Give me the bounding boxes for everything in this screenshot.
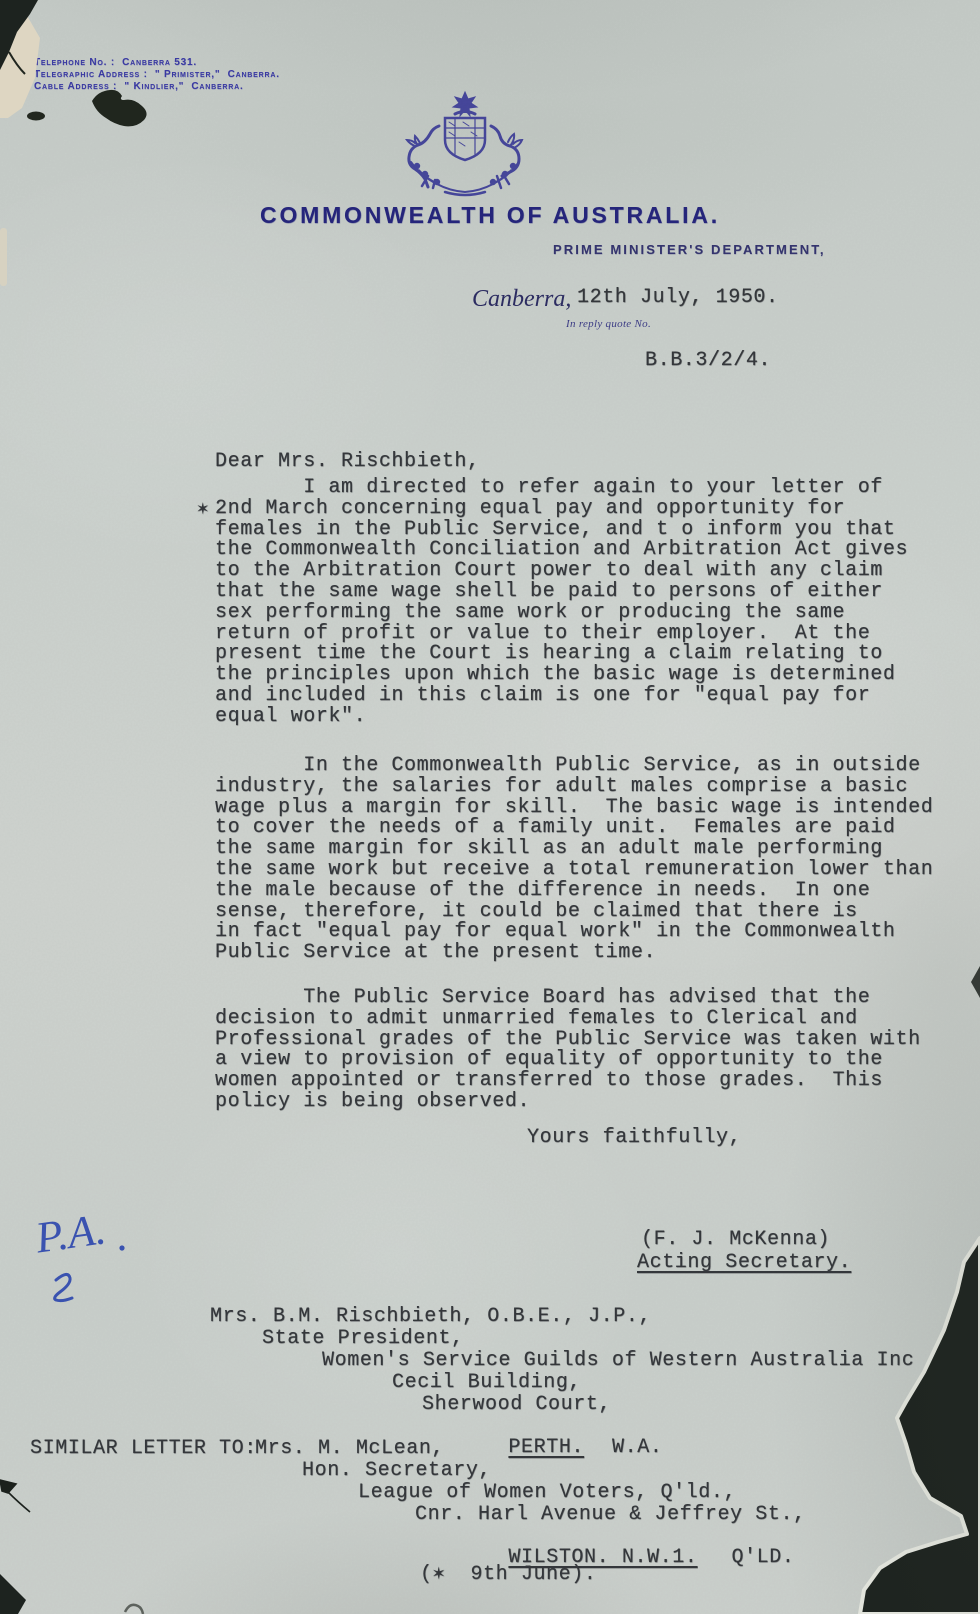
torn-corner-bottom-right — [860, 1238, 980, 1614]
date-line: 12th July, 1950. — [577, 288, 779, 309]
similar-line: Cnr. Harl Avenue & Jeffrey St., — [415, 1505, 806, 1526]
recipient-line: Sherwood Court, — [422, 1395, 611, 1416]
department-line: PRIME MINISTER'S DEPARTMENT, — [553, 242, 826, 257]
reply-quote-note: In reply quote No. — [566, 318, 651, 330]
paragraph-2: In the Commonwealth Public Service, as i… — [215, 756, 933, 964]
torn-edge-strip — [0, 228, 7, 286]
recipient-city: PERTH. — [508, 1436, 584, 1459]
ink-blot — [92, 90, 147, 127]
torn-corner-bottom-left — [0, 1574, 26, 1614]
place-name: Canberra, — [472, 286, 571, 313]
similar-line: League of Women Voters, Q'ld., — [358, 1483, 736, 1504]
scanned-letter: Telephone No. : Canberra 531. Telegraphi… — [0, 0, 980, 1614]
salutation: Dear Mrs. Rischbieth, — [215, 452, 480, 473]
similar-line: Mrs. M. McLean, — [255, 1439, 444, 1460]
signatory-name: (F. J. McKenna) — [641, 1230, 830, 1251]
file-reference: B.B.3/2/4. — [645, 351, 771, 372]
paragraph-3: The Public Service Board has advised tha… — [215, 988, 921, 1113]
similar-line: Hon. Secretary, — [302, 1461, 491, 1482]
signatory-title: Acting Secretary. — [637, 1253, 851, 1274]
paragraph-1: I am directed to refer again to your let… — [215, 478, 908, 728]
similar-state: Q'LD. — [731, 1546, 794, 1569]
letterhead-telephone: Telephone No. : Canberra 531. — [34, 57, 197, 68]
handwritten-initials: P.A. — [30, 1196, 150, 1316]
torn-notch-right — [971, 966, 980, 998]
ink-curl-mark — [125, 1605, 143, 1614]
coat-of-arms-icon — [393, 88, 537, 198]
svg-text:P.A.: P.A. — [32, 1204, 109, 1262]
handwritten-squiggle — [55, 1274, 72, 1300]
page-title: COMMONWEALTH OF AUSTRALIA. — [0, 202, 980, 229]
footnote: (✶ 9th June). — [420, 1565, 596, 1586]
similar-letter-label: SIMILAR LETTER TO: — [30, 1439, 257, 1460]
torn-corner-top-left — [0, 0, 38, 70]
recipient-line: State President, — [262, 1329, 464, 1350]
letterhead-cable: Cable Address : " Kindlier," Canberra. — [34, 81, 244, 92]
valediction: Yours faithfully, — [527, 1128, 741, 1149]
recipient-line: Women's Service Guilds of Western Austra… — [322, 1351, 914, 1372]
letterhead-telegraphic: Telegraphic Address : " Primister," Canb… — [34, 69, 280, 80]
recipient-state: W.A. — [612, 1436, 662, 1459]
recipient-line: Cecil Building, — [392, 1373, 581, 1394]
recipient-line: Mrs. B.M. Rischbieth, O.B.E., J.P., — [210, 1307, 651, 1328]
margin-star-mark: ✶ — [196, 499, 210, 520]
ink-mark — [0, 1480, 30, 1512]
ink-blot-small — [27, 112, 45, 121]
